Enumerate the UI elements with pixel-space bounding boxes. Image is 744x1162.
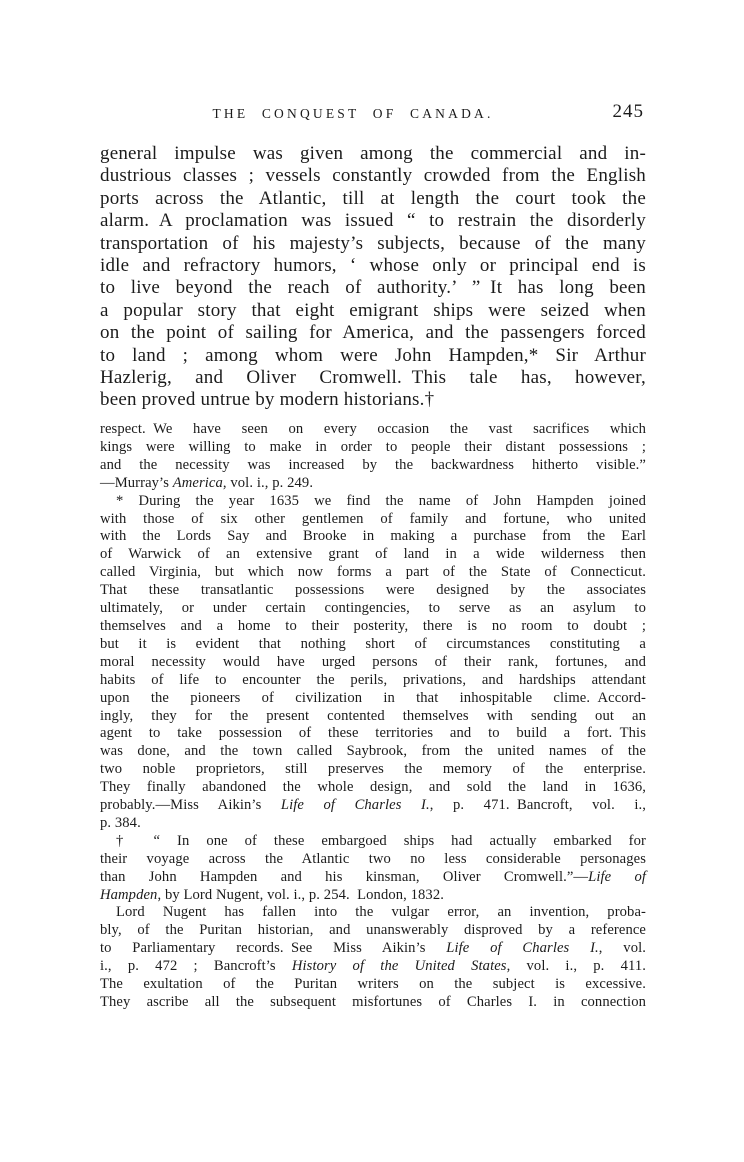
footnote-line: Lord Nugent has fallen into the vulgar e… bbox=[100, 904, 646, 922]
footnote-line: kings were willing to make in order to p… bbox=[100, 439, 646, 457]
main-line: been proved untrue by modern historians.… bbox=[100, 389, 646, 411]
footnote-line: but it is evident that nothing short of … bbox=[100, 636, 646, 654]
footnote-line: i., p. 472 ; Bancroft’s History of the U… bbox=[100, 958, 646, 976]
footnote-line: p. 384. bbox=[100, 815, 646, 833]
footnote-line: That these transatlantic possessions wer… bbox=[100, 582, 646, 600]
page-header: THE CONQUEST OF CANADA. 245 bbox=[100, 104, 646, 126]
footnote-line: agent to take possession of these territ… bbox=[100, 725, 646, 743]
footnote-line: upon the pioneers of civilization in tha… bbox=[100, 690, 646, 708]
main-line: on the point of sailing for America, and… bbox=[100, 322, 646, 344]
main-line: ports across the Atlantic, till at lengt… bbox=[100, 188, 646, 210]
main-line: alarm. A proclamation was issued “ to re… bbox=[100, 210, 646, 232]
footnote-line: of Warwick of an extensive grant of land… bbox=[100, 546, 646, 564]
main-text: general impulse was given among the comm… bbox=[100, 143, 646, 412]
footnote-line: and the necessity was increased by the b… bbox=[100, 457, 646, 475]
main-line: to land ; among whom were John Hampden,*… bbox=[100, 345, 646, 367]
footnote-line: They finally abandoned the whole design,… bbox=[100, 779, 646, 797]
italic-citation: Life of bbox=[588, 869, 646, 885]
italic-citation: Life of Charles I. bbox=[446, 940, 599, 956]
main-line: general impulse was given among the comm… bbox=[100, 143, 646, 165]
footnote-line: to Parliamentary records. See Miss Aikin… bbox=[100, 940, 646, 958]
main-line: to live beyond the reach of authority.’ … bbox=[100, 277, 646, 299]
footnote-line: They ascribe all the subsequent misfortu… bbox=[100, 994, 646, 1012]
footnotes-section: respect. We have seen on every occasion … bbox=[100, 421, 646, 1012]
footnote-line: themselves and a home to their posterity… bbox=[100, 618, 646, 636]
footnote-line: † “ In one of these embargoed ships had … bbox=[100, 833, 646, 851]
footnote-line: called Virginia, but which now forms a p… bbox=[100, 564, 646, 582]
running-title: THE CONQUEST OF CANADA. bbox=[100, 106, 606, 122]
main-line: dustrious classes ; vessels constantly c… bbox=[100, 165, 646, 187]
footnote-line: with the Lords Say and Brooke in making … bbox=[100, 528, 646, 546]
italic-citation: Hampden bbox=[100, 887, 157, 903]
footnote-line: ingly, they for the present contented th… bbox=[100, 708, 646, 726]
footnote-line: Hampden, by Lord Nugent, vol. i., p. 254… bbox=[100, 887, 646, 905]
main-line: transportation of his majesty’s subjects… bbox=[100, 233, 646, 255]
footnote-line: two noble proprietors, still preserves t… bbox=[100, 761, 646, 779]
footnote-line: moral necessity would have urged persons… bbox=[100, 654, 646, 672]
footnote-line: with those of six other gentlemen of fam… bbox=[100, 511, 646, 529]
footnote-line: The exultation of the Puritan writers on… bbox=[100, 976, 646, 994]
footnote-line: habits of life to encounter the perils, … bbox=[100, 672, 646, 690]
main-line: idle and refractory humors, ‘ whose only… bbox=[100, 255, 646, 277]
footnote-line: was done, and the town called Saybrook, … bbox=[100, 743, 646, 761]
italic-citation: Life of Charles I. bbox=[281, 797, 430, 813]
footnote-line: than John Hampden and his kinsman, Olive… bbox=[100, 869, 646, 887]
footnote-line: ultimately, or under certain contingenci… bbox=[100, 600, 646, 618]
footnote-line: * During the year 1635 we find the name … bbox=[100, 493, 646, 511]
main-line: Hazlerig, and Oliver Cromwell. This tale… bbox=[100, 367, 646, 389]
italic-citation: America bbox=[173, 475, 223, 491]
footnote-line: probably.—Miss Aikin’s Life of Charles I… bbox=[100, 797, 646, 815]
italic-citation: History of the United States bbox=[292, 958, 507, 974]
footnote-line: their voyage across the Atlantic two no … bbox=[100, 851, 646, 869]
footnote-line: respect. We have seen on every occasion … bbox=[100, 421, 646, 439]
page-number: 245 bbox=[613, 101, 645, 123]
footnote-line: —Murray’s America, vol. i., p. 249. bbox=[100, 475, 646, 493]
footnote-line: bly, of the Puritan historian, and unans… bbox=[100, 922, 646, 940]
main-line: a popular story that eight emigrant ship… bbox=[100, 300, 646, 322]
book-page: THE CONQUEST OF CANADA. 245 general impu… bbox=[0, 0, 744, 1162]
